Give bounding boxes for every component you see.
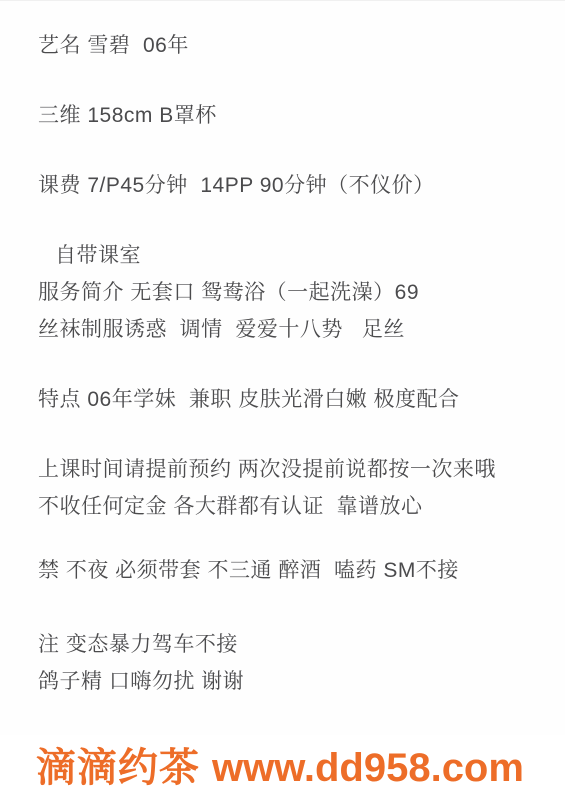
booking-line-2: 不收任何定金 各大群都有认证 靠谱放心 (38, 495, 535, 518)
features-line: 特点 06年学妹 兼职 皮肤光滑白嫩 极度配合 (38, 388, 535, 411)
room-line: 自带课室 (38, 244, 535, 267)
services-line-2: 丝袜制服诱惑 调情 爱爱十八势 足丝 (38, 318, 535, 341)
watermark-footer: 滴滴约茶 www.dd958.com (0, 735, 565, 800)
services-line-1: 服务简介 无套口 鸳鸯浴（一起洗澡）69 (38, 281, 535, 304)
watermark-site-url: www.dd958.com (212, 748, 524, 788)
note-line-1: 注 变态暴力驾车不接 (38, 633, 535, 656)
profile-text-page: 艺名 雪碧 06年 三维 158cm B罩杯 课费 7/P45分钟 14PP 9… (0, 0, 565, 800)
stage-name-line: 艺名 雪碧 06年 (38, 34, 535, 57)
watermark-brand-name: 滴滴约茶 (36, 748, 200, 788)
note-line-2: 鸽子精 口嗨勿扰 谢谢 (38, 670, 535, 693)
profile-text-block: 艺名 雪碧 06年 三维 158cm B罩杯 课费 7/P45分钟 14PP 9… (0, 1, 565, 693)
booking-line-1: 上课时间请提前预约 两次没提前说都按一次来哦 (38, 458, 535, 481)
forbidden-line: 禁 不夜 必须带套 不三通 醉酒 嗑药 SM不接 (38, 559, 535, 582)
fee-line: 课费 7/P45分钟 14PP 90分钟（不仪价） (38, 174, 535, 197)
measurements-line: 三维 158cm B罩杯 (38, 104, 535, 127)
